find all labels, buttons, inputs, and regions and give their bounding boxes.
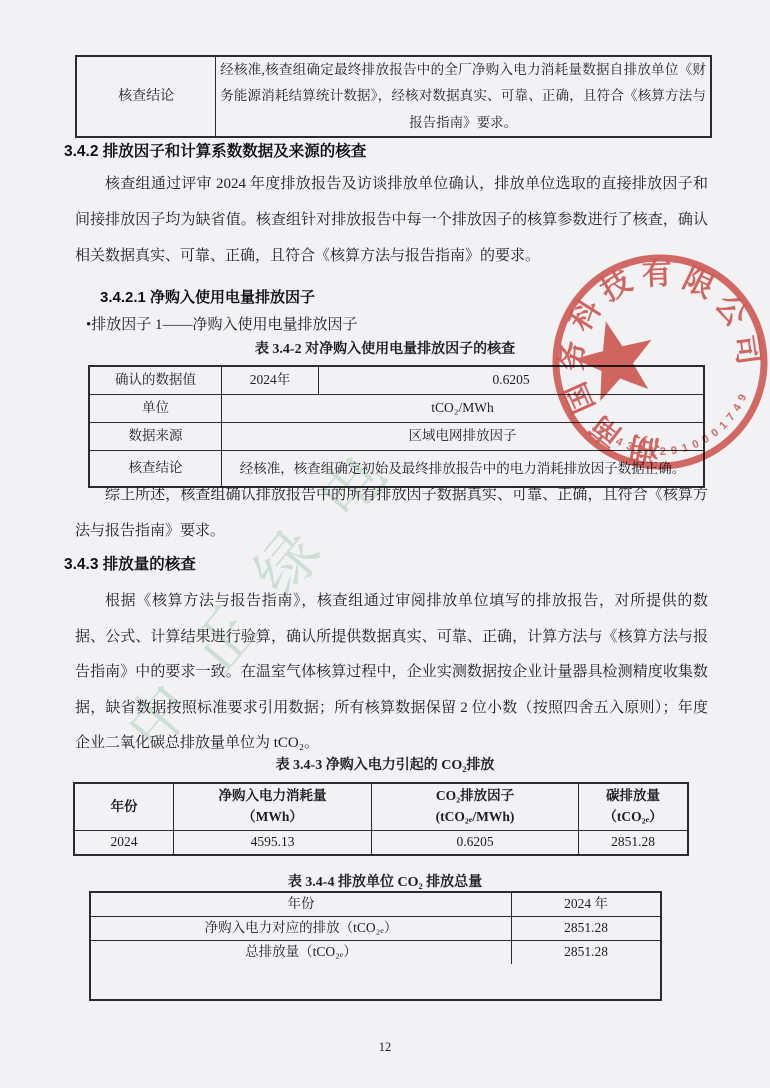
- table-342: 确认的数据值 2024年 0.6205 单位 tCO₂/MWh 数据来源 区域电…: [88, 365, 705, 488]
- table-344-row2-value: 2851.28: [512, 917, 660, 940]
- table-343-cell-year: 2024: [75, 831, 174, 854]
- section-heading-3421: 3.4.2.1 净购入使用电量排放因子: [100, 286, 315, 307]
- table-344-row1-label: 年份: [91, 893, 512, 916]
- table-343-header-year: 年份: [75, 784, 174, 830]
- table-row: 总排放量（tCO₂ₑ） 2851.28: [91, 941, 660, 964]
- table-344-caption: 表 3.4-4 排放单位 CO₂ 排放总量: [0, 871, 770, 891]
- table-row: 2024 4595.13 0.6205 2851.28: [75, 831, 687, 854]
- table-342-row2-label: 单位: [90, 395, 222, 422]
- table-344: 年份 2024 年 净购入电力对应的排放（tCO₂ₑ） 2851.28 总排放量…: [89, 891, 662, 1001]
- table-343-caption: 表 3.4-3 净购入电力引起的 CO₂排放: [0, 754, 770, 774]
- table-342-caption: 表 3.4-2 对净购入使用电量排放因子的核查: [0, 338, 770, 358]
- table-row: 年份 2024 年: [91, 893, 660, 917]
- section-342-paragraph: 核查组通过评审 2024 年度排放报告及访谈排放单位确认，排放单位选取的直接排放…: [75, 166, 708, 274]
- table-343-cell-emission: 2851.28: [579, 831, 687, 854]
- verification-conclusion-table: 核查结论 经核准,核查组确定最终排放报告中的全厂净购入电力消耗量数据自排放单位《…: [75, 55, 712, 138]
- table-342-row2-value: tCO₂/MWh: [222, 395, 703, 422]
- svg-text:4: 4: [731, 401, 745, 413]
- svg-text:公: 公: [709, 289, 753, 333]
- table-342-row3-value: 区域电网排放因子: [222, 423, 703, 450]
- table-343-header-factor: CO₂排放因子 (tCO₂ₑ/MWh): [372, 784, 579, 830]
- document-page: 中正绿电 核查结论 经核准,核查组确定最终排放报告中的全厂净购入电力消耗量数据自…: [0, 0, 770, 1088]
- table-342-row1-value: 0.6205: [319, 367, 703, 394]
- svg-text:科: 科: [563, 294, 608, 337]
- table-header-row: 年份 净购入电力消耗量 （MWh） CO₂排放因子 (tCO₂ₑ/MWh) 碳排…: [75, 784, 687, 831]
- section-heading-342: 3.4.2 排放因子和计算系数数据及来源的核查: [64, 139, 366, 161]
- table-344-row3-value: 2851.28: [512, 941, 660, 964]
- table-343-header-electricity: 净购入电力消耗量 （MWh）: [174, 784, 372, 830]
- table-343-header-emission: 碳排放量 （tCO₂ₑ）: [579, 784, 687, 830]
- table-343-cell-electricity: 4595.13: [174, 831, 372, 854]
- conclusion-label-cell: 核查结论: [77, 57, 216, 136]
- table-342-row1-label: 确认的数据值: [90, 367, 222, 394]
- svg-text:9: 9: [736, 393, 749, 403]
- conclusion-text-cell: 经核准,核查组确定最终排放报告中的全厂净购入电力消耗量数据自排放单位《财务能源消…: [220, 57, 706, 136]
- page-number: 12: [0, 1040, 770, 1055]
- table-343: 年份 净购入电力消耗量 （MWh） CO₂排放因子 (tCO₂ₑ/MWh) 碳排…: [73, 782, 689, 856]
- table-342-row3-label: 数据来源: [90, 423, 222, 450]
- table-343-cell-factor: 0.6205: [372, 831, 579, 854]
- section-heading-343: 3.4.3 排放量的核查: [64, 552, 196, 574]
- table-row: 单位 tCO₂/MWh: [90, 395, 703, 423]
- table-342-row1-year: 2024年: [222, 367, 319, 394]
- table-344-row3-label: 总排放量（tCO₂ₑ）: [91, 941, 512, 964]
- table-row: 数据来源 区域电网排放因子: [90, 423, 703, 451]
- table-row: 确认的数据值 2024年 0.6205: [90, 367, 703, 395]
- table-344-row1-value: 2024 年: [512, 893, 660, 916]
- emission-factor-bullet: •排放因子 1——净购入使用电量排放因子: [86, 313, 358, 334]
- section-343-paragraph: 根据《核算方法与报告指南》，核查组通过审阅排放单位填写的排放报告，对所提供的数据…: [75, 584, 708, 762]
- svg-text:7: 7: [724, 411, 737, 423]
- svg-text:1: 1: [717, 419, 730, 432]
- table-344-row2-label: 净购入电力对应的排放（tCO₂ₑ）: [91, 917, 512, 940]
- svg-text:0: 0: [709, 426, 721, 439]
- table-row: 净购入电力对应的排放（tCO₂ₑ） 2851.28: [91, 917, 660, 941]
- summary-paragraph: 综上所述，核查组确认排放报告中的所有排放因子数据真实、可靠、正确，且符合《核算方…: [75, 477, 708, 549]
